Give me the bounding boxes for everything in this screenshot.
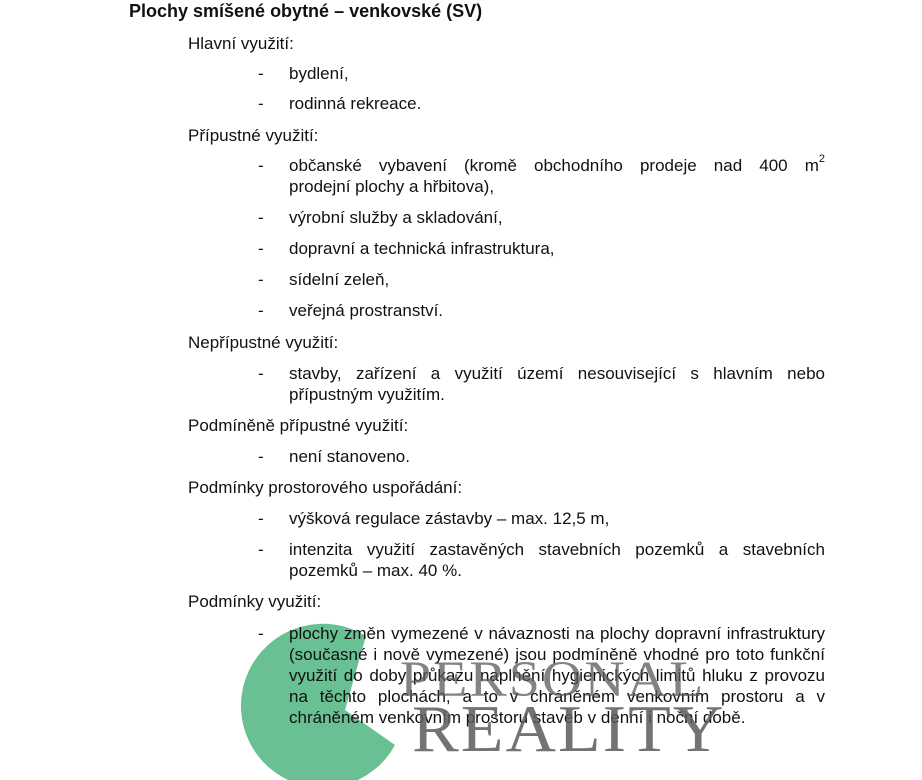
list-item: - rodinná rekreace. bbox=[258, 93, 825, 114]
bullet-dash: - bbox=[258, 207, 278, 228]
bullet-dash: - bbox=[258, 508, 278, 529]
list-item: - sídelní zeleň, bbox=[258, 269, 825, 290]
bullet-dash: - bbox=[258, 539, 278, 560]
heading-main-use: Hlavní využití: bbox=[188, 33, 294, 54]
bullet-dash: - bbox=[258, 623, 278, 644]
section-title: Plochy smíšené obytné – venkovské (SV) bbox=[129, 0, 482, 22]
list-item: - veřejná prostranství. bbox=[258, 300, 825, 321]
list-item: - intenzita využití zastavěných stavební… bbox=[258, 539, 825, 581]
bullet-dash: - bbox=[258, 269, 278, 290]
heading-prohibited-use: Nepřípustné využití: bbox=[188, 332, 338, 353]
list-item: - stavby, zařízení a využití území nesou… bbox=[258, 363, 825, 405]
list-item: - dopravní a technická infrastruktura, bbox=[258, 238, 825, 259]
bullet-dash: - bbox=[258, 363, 278, 384]
list-item: - bydlení, bbox=[258, 63, 825, 84]
bullet-dash: - bbox=[258, 155, 278, 176]
bullet-dash: - bbox=[258, 63, 278, 84]
watermark-text-line2: REALITY bbox=[412, 692, 725, 768]
heading-permitted-use: Přípustné využití: bbox=[188, 125, 318, 146]
heading-spatial-conditions: Podmínky prostorového uspořádání: bbox=[188, 477, 462, 498]
list-item: - není stanoveno. bbox=[258, 446, 825, 467]
bullet-dash: - bbox=[258, 238, 278, 259]
bullet-dash: - bbox=[258, 446, 278, 467]
list-item: - výšková regulace zástavby – max. 12,5 … bbox=[258, 508, 825, 529]
heading-conditional-use: Podmíněně přípustné využití: bbox=[188, 415, 408, 436]
list-item: - výrobní služby a skladování, bbox=[258, 207, 825, 228]
bullet-dash: - bbox=[258, 93, 278, 114]
list-item: - občanské vybavení (kromě obchodního pr… bbox=[258, 155, 825, 197]
heading-use-conditions: Podmínky využití: bbox=[188, 591, 321, 612]
bullet-dash: - bbox=[258, 300, 278, 321]
document-page: Plochy smíšené obytné – venkovské (SV) H… bbox=[0, 0, 922, 780]
